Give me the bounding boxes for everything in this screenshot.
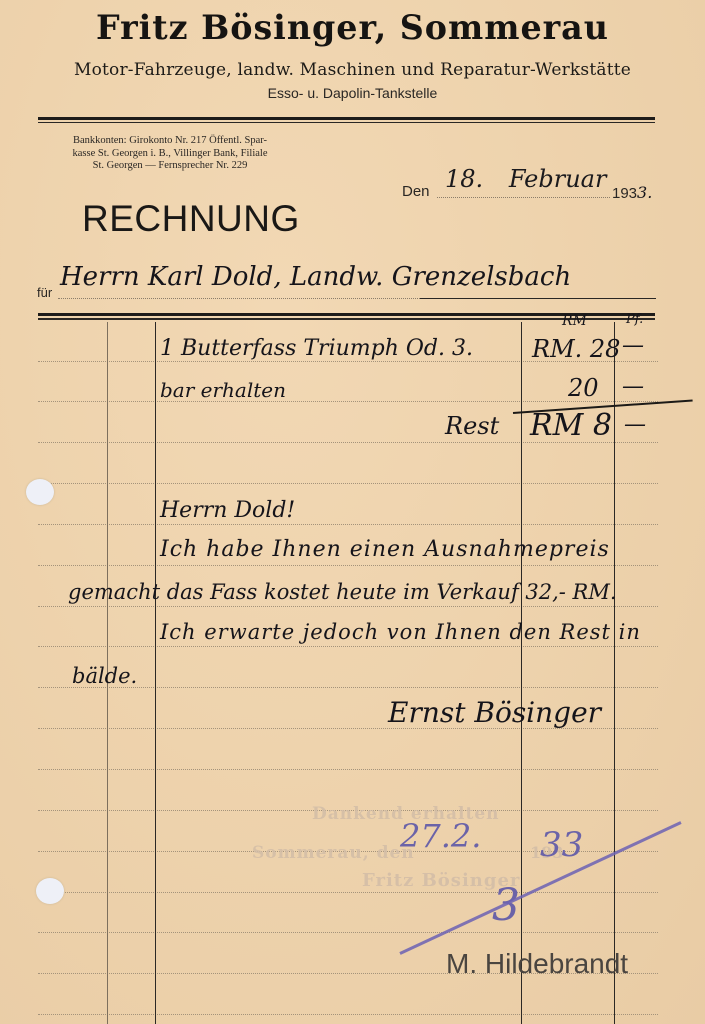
date-handwritten: 18. Februar [445, 165, 606, 193]
date-day: 18. [445, 165, 483, 193]
recipient-label: für [37, 285, 52, 300]
company-name: Fritz Bösinger, Sommerau [7, 8, 698, 48]
cents-header: Pf. [626, 312, 643, 327]
date-label: Den [402, 183, 430, 200]
date-dotted-line [437, 197, 610, 198]
recipient-name: Herrn Karl Dold, Landw. Grenzelsbach [60, 262, 571, 292]
line-item-description: Rest [445, 412, 499, 440]
company-station: Esso- u. Dapolin-Tankstelle [0, 85, 705, 101]
letter-line: Ich habe Ihnen einen Ausnahmepreis [160, 537, 610, 562]
ruled-row [38, 483, 658, 484]
ruled-row [38, 401, 658, 402]
document-title: RECHNUNG [82, 198, 300, 240]
header-rule-thin [38, 122, 655, 123]
letter-salutation: Herrn Dold! [160, 498, 295, 523]
signature: Ernst Bösinger [388, 696, 601, 729]
currency-header: RM [562, 313, 587, 329]
punch-hole [36, 878, 64, 904]
letter-line: gemacht das Fass kostet heute im Verkauf… [68, 580, 617, 604]
ruled-row [38, 769, 658, 770]
stamp-line: Sommerau, den [252, 843, 415, 863]
line-item-cents: — [622, 374, 644, 399]
receipt-year: 33 [540, 825, 583, 865]
date-month: Februar [509, 165, 607, 193]
header-rule [38, 117, 655, 120]
column-line-amount [521, 322, 522, 1024]
line-item-amount: 20 [568, 374, 599, 402]
ruled-row [38, 565, 658, 566]
letter-line: bälde. [72, 664, 137, 688]
ruled-row [38, 892, 658, 893]
ruled-row [38, 606, 658, 607]
line-item-amount: RM 8 [530, 408, 612, 443]
ruled-row [38, 524, 658, 525]
date-year: 1933. [612, 183, 652, 202]
line-item-description: bar erhalten [160, 378, 286, 402]
bank-info-line: Bankkonten: Girokonto Nr. 217 Öffentl. S… [30, 135, 310, 148]
invoice-page: Fritz Bösinger, Sommerau Motor-Fahrzeuge… [0, 0, 705, 1024]
bank-info-line: St. Georgen — Fernsprecher Nr. 229 [30, 160, 310, 173]
column-line-description [155, 322, 156, 1024]
line-item-cents: — [622, 333, 644, 358]
bank-info-line: kasse St. Georgen i. B., Villinger Bank,… [30, 148, 310, 161]
bank-info: Bankkonten: Girokonto Nr. 217 Öffentl. S… [30, 135, 310, 173]
line-item-description: 1 Butterfass Triumph Od. 3. [160, 336, 473, 361]
recipient-underline [420, 298, 656, 299]
letter-line: Ich erwarte jedoch von Ihnen den Rest in [160, 620, 641, 644]
line-item-cents: — [624, 412, 646, 437]
ruled-row [38, 932, 658, 933]
column-line-cents [614, 322, 615, 1024]
watermark: M. Hildebrandt [446, 948, 628, 980]
ruled-row [38, 646, 658, 647]
date-year-suffix: 3. [637, 183, 652, 202]
line-item-amount: RM. 28 [532, 335, 620, 363]
date-year-prefix: 193 [612, 185, 637, 202]
receipt-date: 27.2. [400, 817, 481, 855]
company-services: Motor-Fahrzeuge, landw. Maschinen und Re… [0, 60, 705, 80]
ruled-row [38, 1014, 658, 1015]
punch-hole [26, 479, 54, 505]
